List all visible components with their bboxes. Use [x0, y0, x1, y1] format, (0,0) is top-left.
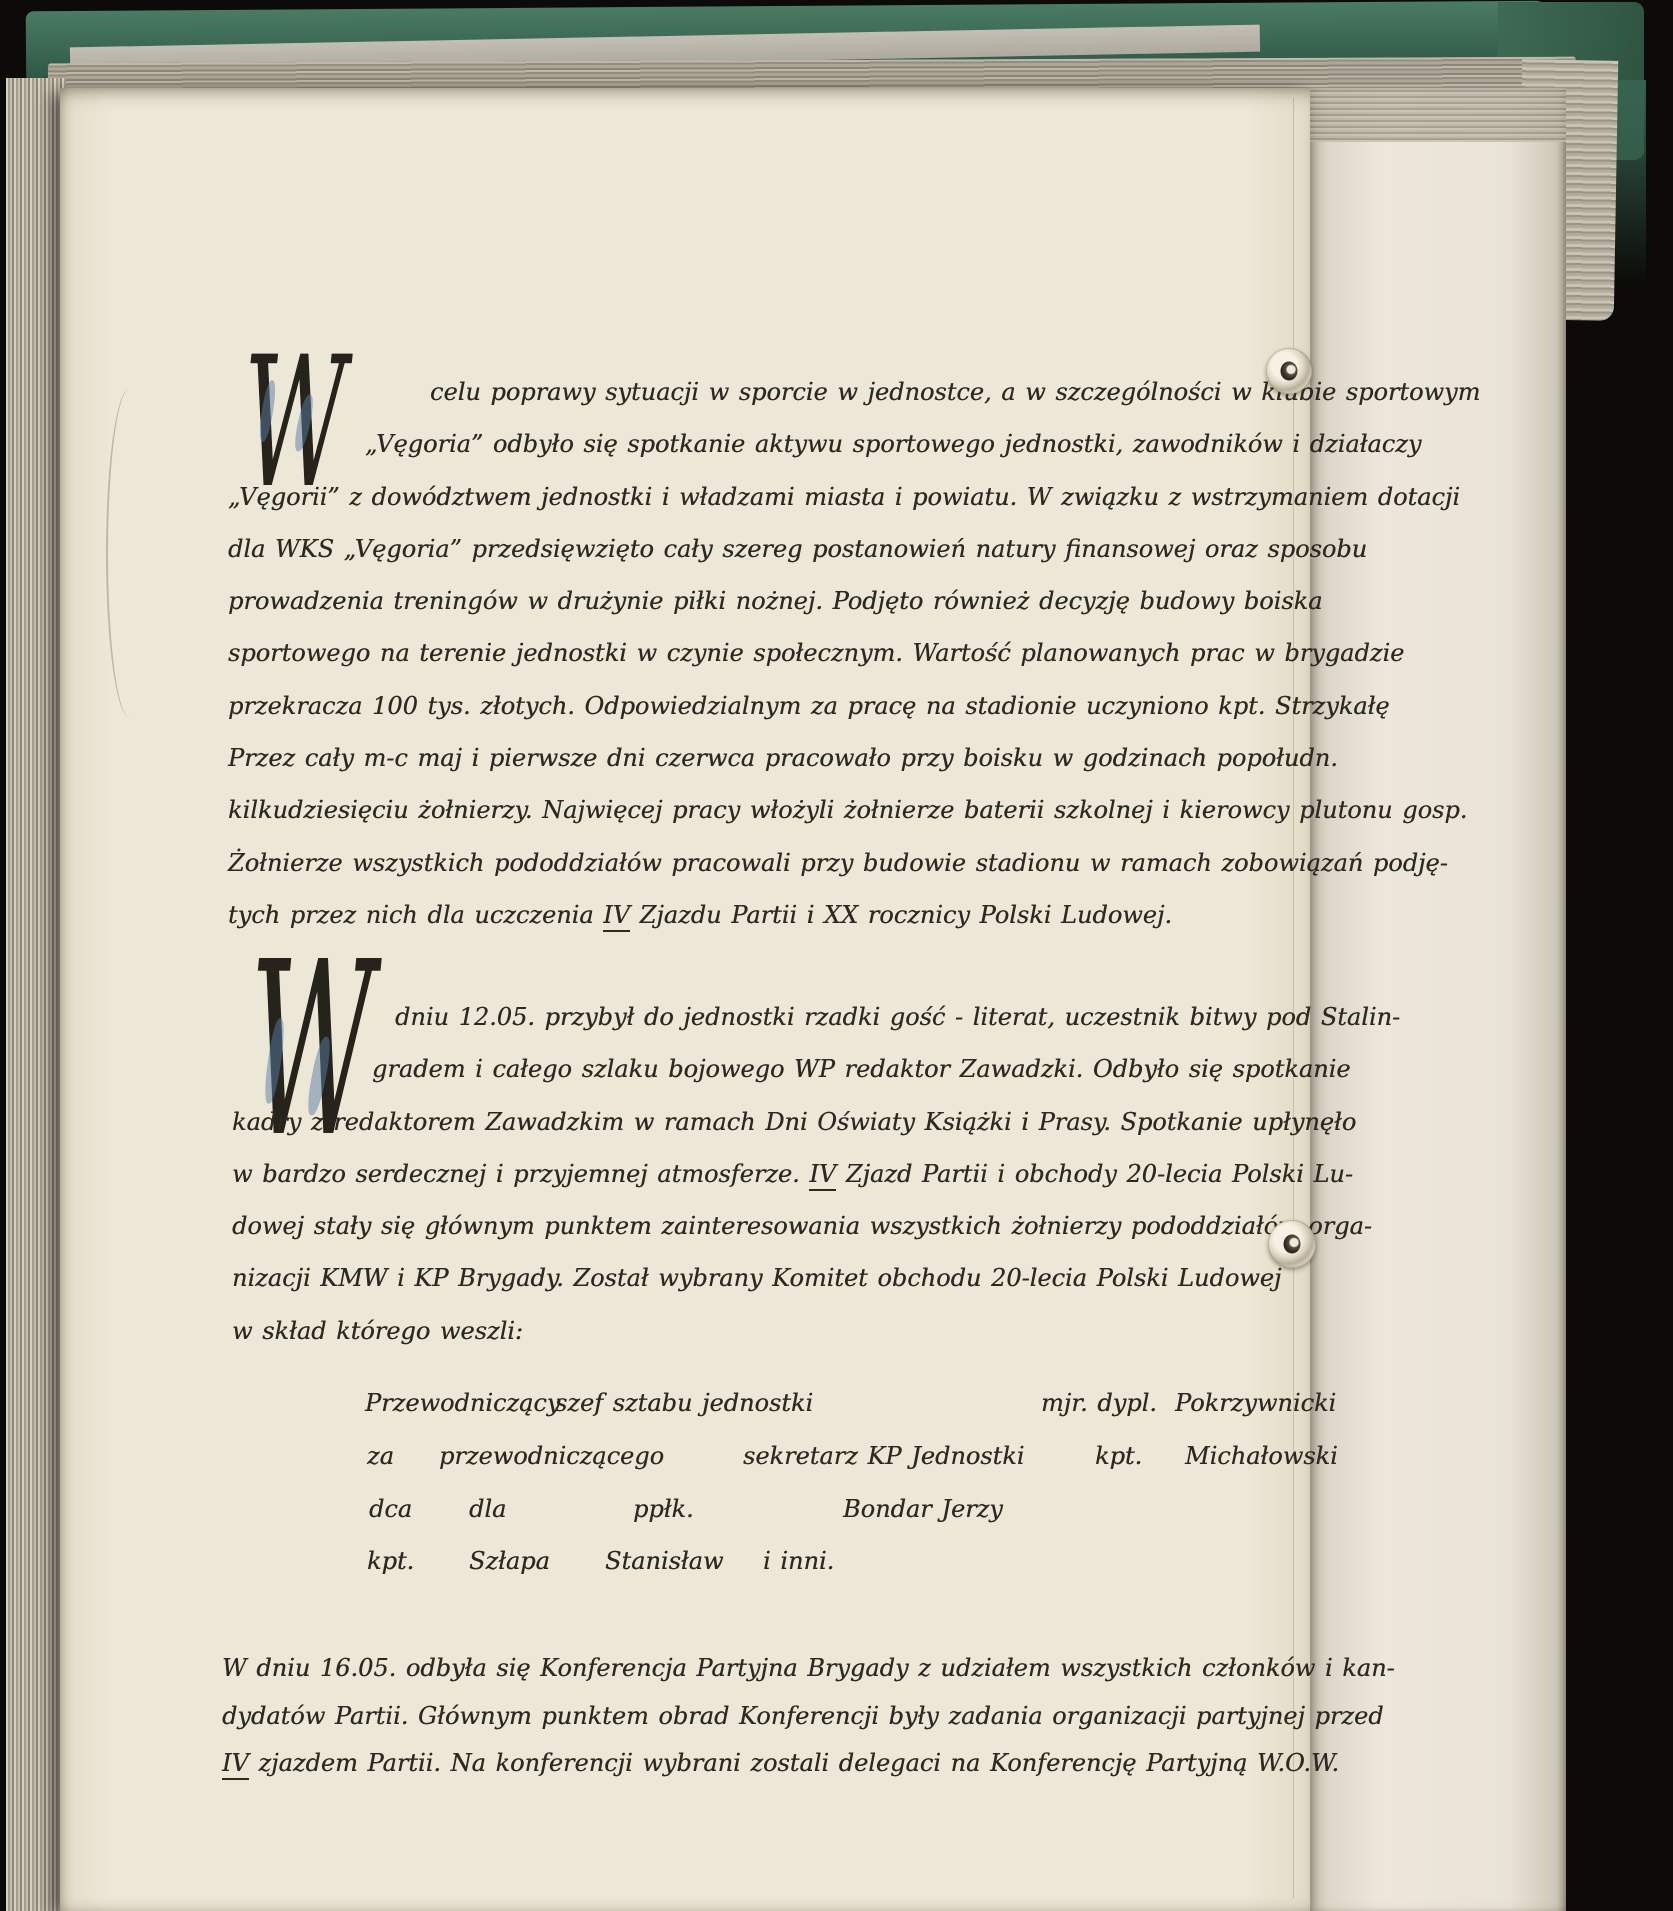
handwritten-line: W dniu 16.05. odbyła się Konferencja Par…	[222, 1645, 1395, 1693]
handwritten-line: dla WKS „Vęgoria” przedsięwzięto cały sz…	[228, 523, 1480, 575]
committee-row: za przewodniczącego sekretarz KP Jednost…	[365, 1431, 1345, 1481]
chronicle-page: W celu poprawy sytuacji w sporcie w jedn…	[60, 88, 1310, 1911]
line-segment: Zjazdu Partii i XX rocznicy Polski Ludow…	[630, 901, 1172, 929]
handwritten-line: IV zjazdem Partii. Na konferencji wybran…	[222, 1740, 1395, 1788]
committee-cell: dla	[469, 1484, 506, 1534]
page-stack-left-edge	[6, 78, 66, 1911]
committee-cell: Bondar Jerzy	[843, 1484, 1003, 1534]
paragraph-1: celu poprawy sytuacji w sporcie w jednos…	[228, 366, 1480, 941]
committee-cell: szef sztabu jednostki	[555, 1378, 813, 1428]
handwritten-line: w skład którego weszli:	[232, 1305, 1400, 1357]
handwritten-line: nizacji KMW i KP Brygady. Został wybrany…	[232, 1252, 1400, 1304]
handwritten-line: gradem i całego szlaku bojowego WP redak…	[232, 1043, 1400, 1095]
handwritten-line: kilkudziesięciu żołnierzy. Najwięcej pra…	[228, 784, 1480, 836]
paragraph-3: W dniu 16.05. odbyła się Konferencja Par…	[222, 1645, 1395, 1788]
handwritten-line: kadry z redaktorem Zawadzkim w ramach Dn…	[232, 1096, 1400, 1148]
line-segment: w bardzo serdecznej i przyjemnej atmosfe…	[232, 1160, 809, 1188]
handwritten-line: Żołnierze wszystkich pododdziałów pracow…	[228, 837, 1480, 889]
underlined-roman-numeral: IV	[222, 1749, 249, 1780]
committee-cell: ppłk.	[633, 1484, 694, 1534]
binding-eyelet-top	[1266, 348, 1312, 394]
committee-cell: kpt.	[367, 1536, 414, 1586]
committee-cell: sekretarz KP Jednostki	[743, 1431, 1024, 1481]
committee-cell: i inni.	[763, 1536, 834, 1586]
committee-row: kpt. Szłapa Stanisław i inni.	[365, 1536, 1345, 1586]
committee-row: Przewodniczący szef sztabu jednostki mjr…	[365, 1378, 1345, 1428]
underlined-roman-numeral: IV	[603, 901, 630, 932]
committee-cell: Przewodniczący	[365, 1378, 560, 1428]
paragraph-2: dniu 12.05. przybył do jednostki rzadki …	[232, 991, 1400, 1357]
committee-cell: Stanisław	[605, 1536, 723, 1586]
handwritten-line: „Vęgorii” z dowództwem jednostki i władz…	[228, 471, 1480, 523]
pencil-mark	[106, 388, 154, 718]
handwritten-line: dydatów Partii. Głównym punktem obrad Ko…	[222, 1693, 1395, 1741]
book-spread: W celu poprawy sytuacji w sporcie w jedn…	[0, 0, 1673, 1911]
handwritten-line: sportowego na terenie jednostki w czynie…	[228, 627, 1480, 679]
committee-cell: mjr. dypl.	[1041, 1378, 1157, 1428]
line-segment: Zjazd Partii i obchody 20-lecia Polski L…	[836, 1160, 1353, 1188]
committee-row: dca dla ppłk. Bondar Jerzy	[365, 1484, 1345, 1534]
committee-cell: Michałowski	[1185, 1431, 1338, 1481]
handwritten-line: prowadzenia treningów w drużynie piłki n…	[228, 575, 1480, 627]
committee-cell: Szłapa	[469, 1536, 550, 1586]
handwritten-line: przekracza 100 tys. złotych. Odpowiedzia…	[228, 680, 1480, 732]
handwritten-line: w bardzo serdecznej i przyjemnej atmosfe…	[232, 1148, 1400, 1200]
handwritten-line: dniu 12.05. przybył do jednostki rzadki …	[232, 991, 1400, 1043]
binding-eyelet-bottom	[1268, 1220, 1316, 1268]
line-segment: zjazdem Partii. Na konferencji wybrani z…	[249, 1749, 1339, 1777]
handwritten-line: dowej stały się głównym punktem zaintere…	[232, 1200, 1400, 1252]
underlined-roman-numeral: IV	[809, 1160, 836, 1191]
handwritten-line: „Vęgoria” odbyło się spotkanie aktywu sp…	[228, 418, 1480, 470]
handwritten-line: Przez cały m-c maj i pierwsze dni czerwc…	[228, 732, 1480, 784]
committee-cell: kpt.	[1095, 1431, 1142, 1481]
committee-cell: za	[367, 1431, 394, 1481]
committee-cell: dca	[369, 1484, 412, 1534]
committee-cell: przewodniczącego	[439, 1431, 664, 1481]
handwritten-line: tych przez nich dla uczczenia IV Zjazdu …	[228, 889, 1480, 941]
committee-cell: Pokrzywnicki	[1175, 1378, 1336, 1428]
